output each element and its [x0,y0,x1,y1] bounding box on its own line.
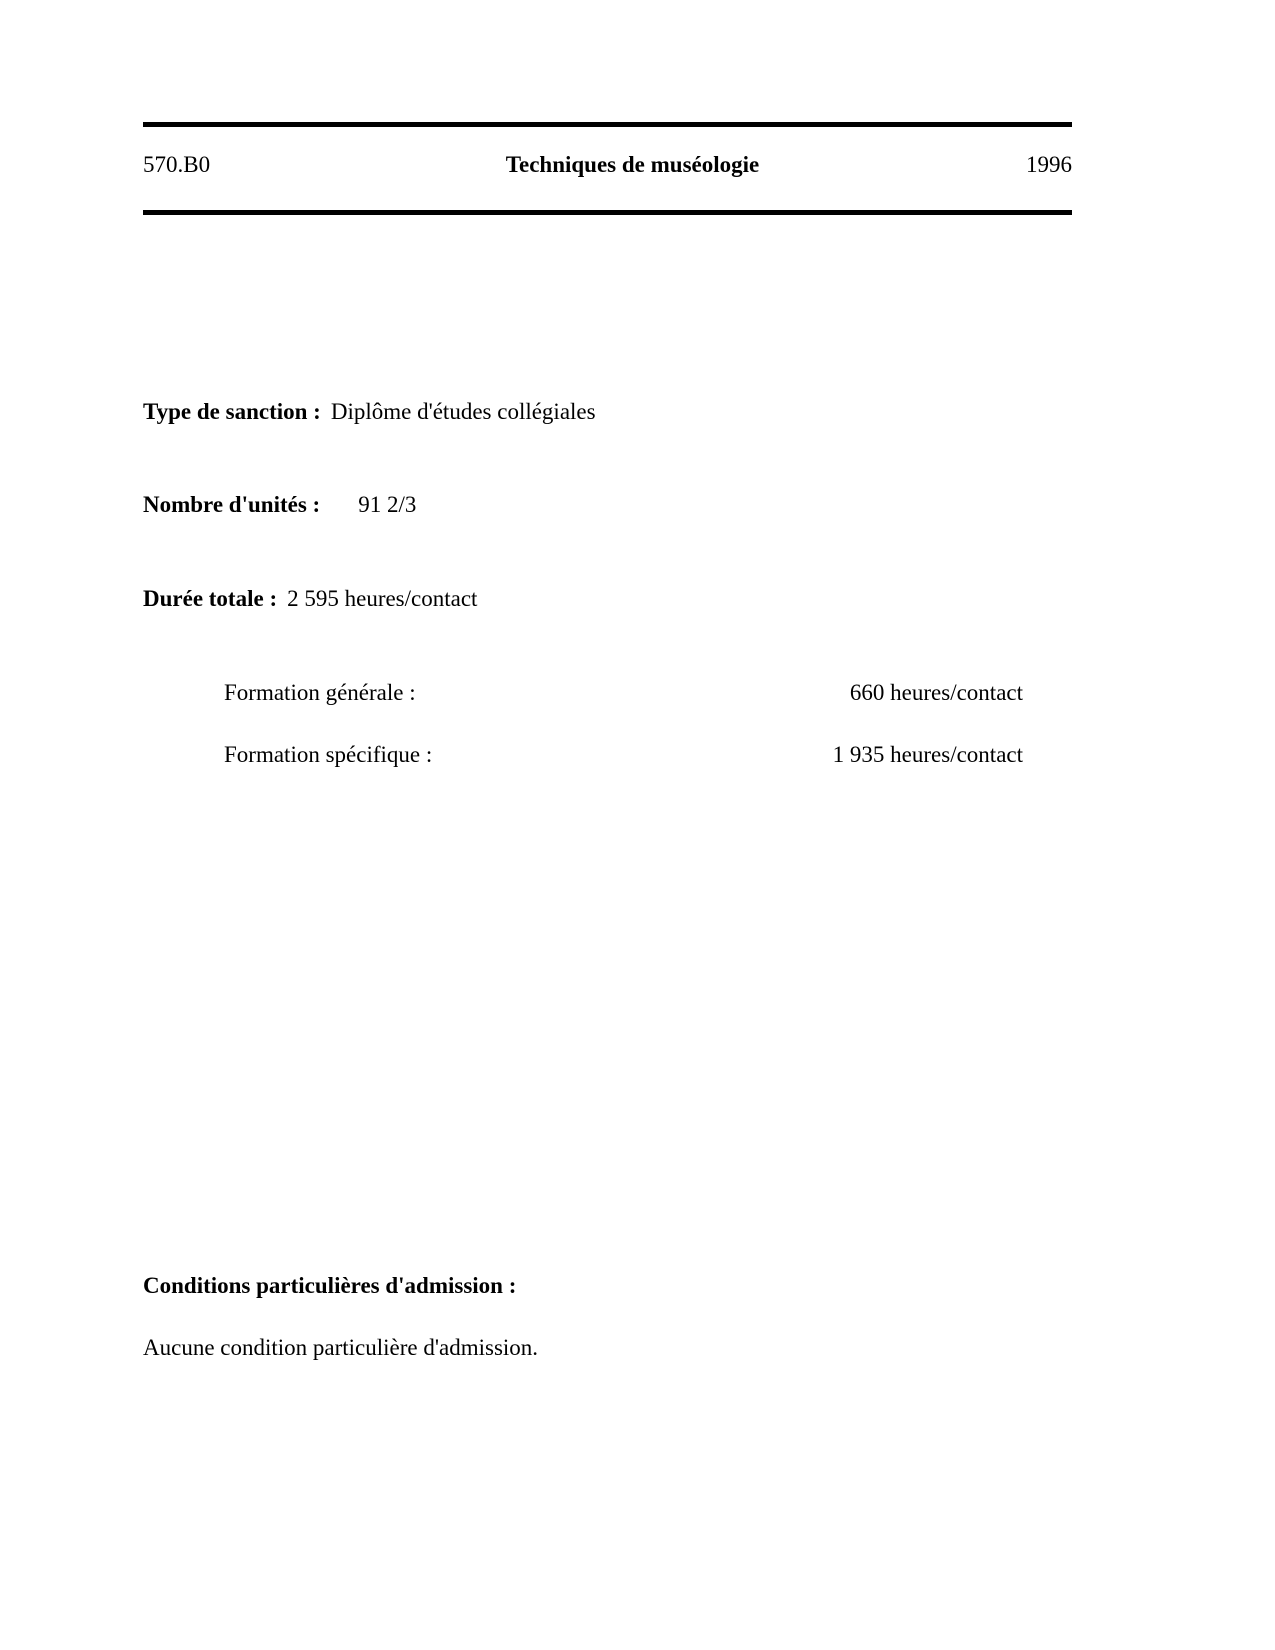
duration-field: Durée totale :2 595 heures/contact [143,585,477,613]
breakdown-specific: Formation spécifique : 1 935 heures/cont… [224,741,1023,769]
breakdown-general: Formation générale : 660 heures/contact [224,679,1023,707]
program-title-text: Techniques de muséologie [506,152,759,177]
admission-text: Aucune condition particulière d'admissio… [143,1334,538,1362]
sanction-value: Diplôme d'études collégiales [331,399,596,424]
units-label: Nombre d'unités : [143,492,320,517]
admission-heading: Conditions particulières d'admission : [143,1272,516,1300]
header-top-rule [143,122,1072,127]
breakdown-general-value: 660 heures/contact [850,679,1023,707]
sanction-field: Type de sanction :Diplôme d'études collé… [143,398,596,426]
units-value: 91 2/3 [358,492,416,517]
program-year: 1996 [1026,151,1072,179]
breakdown-specific-value: 1 935 heures/contact [833,741,1023,769]
duration-value: 2 595 heures/contact [287,586,477,611]
breakdown-general-label: Formation générale : [224,679,416,707]
units-field: Nombre d'unités :91 2/3 [143,491,416,519]
sanction-label: Type de sanction : [143,399,321,424]
program-title: Techniques de muséologie [0,151,1275,179]
header-bottom-rule [143,210,1072,215]
breakdown-specific-label: Formation spécifique : [224,741,432,769]
duration-label: Durée totale : [143,586,277,611]
